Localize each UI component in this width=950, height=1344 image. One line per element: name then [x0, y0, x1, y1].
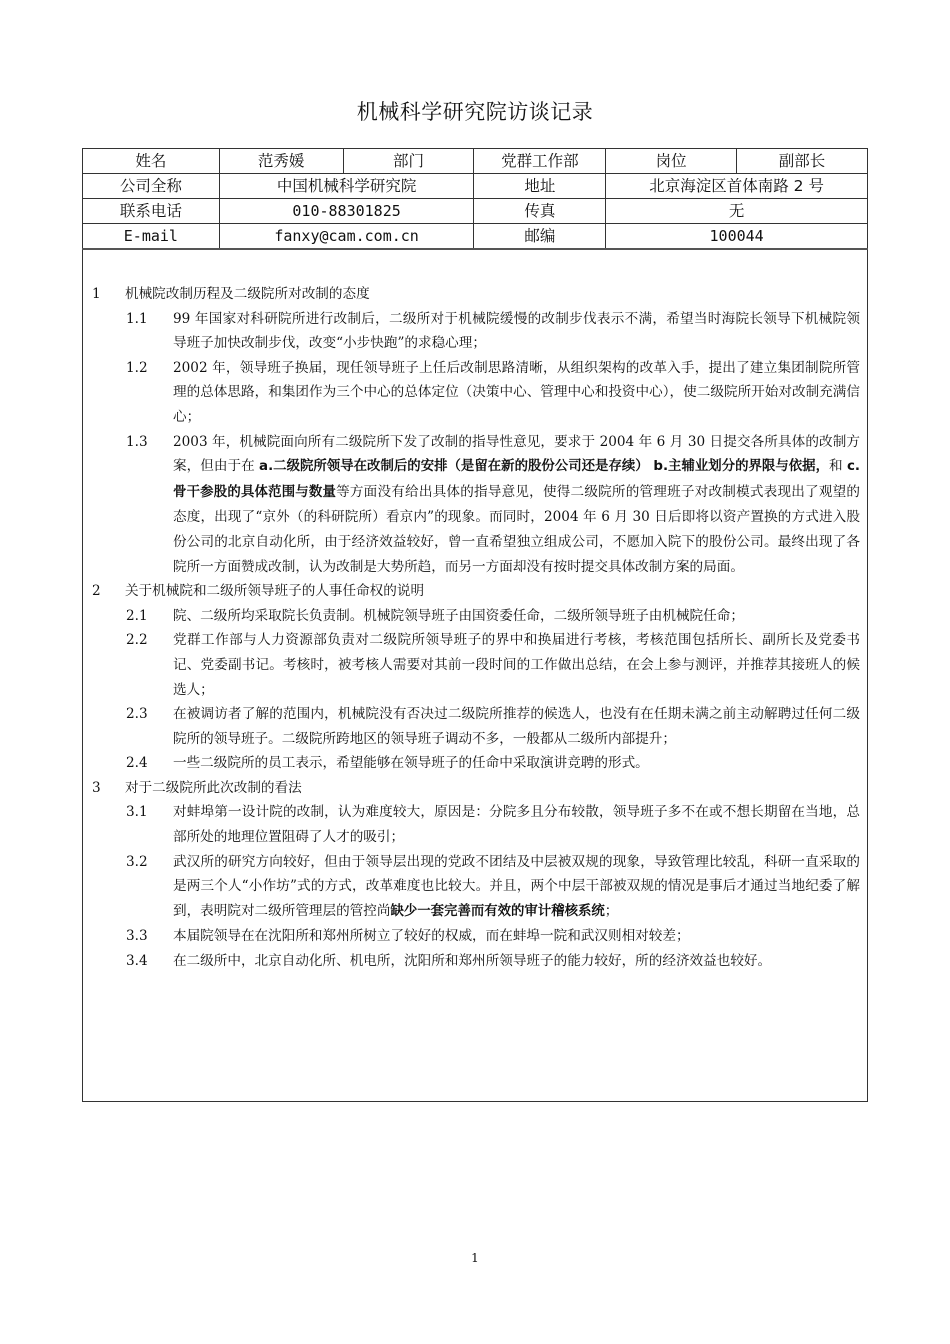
table-row: E-mail fanxy@cam.com.cn 邮编 100044	[83, 224, 868, 250]
table-row: 联系电话 010-88301825 传真 无	[83, 199, 868, 224]
list-item: 1.1 99 年国家对科研院所进行改制后，二级所对于机械院缓慢的改制步伐表示不满…	[82, 307, 868, 356]
email-value: fanxy@cam.com.cn	[219, 224, 474, 250]
fax-value: 无	[606, 199, 868, 224]
item-text: 党群工作部与人力资源部负责对二级院所领导班子的界中和换届进行考核，考核范围包括所…	[173, 628, 860, 702]
item-text: 在二级所中，北京自动化所、机电所，沈阳所和郑州所领导班子的能力较好，所的经济效益…	[173, 949, 860, 974]
emphasis-text: a.二级院所领导在改制后的安排（是留在新的股份公司还是存续） b.主辅业划分的界…	[259, 459, 829, 474]
item-text-segment: 和	[829, 458, 847, 474]
item-number: 1.1	[126, 307, 173, 356]
item-text: 院、二级所均采取院长负责制。机械院领导班子由国资委任命，二级所领导班子由机械院任…	[173, 604, 860, 629]
section-title: 机械院改制历程及二级院所对改制的态度	[125, 282, 370, 307]
page-number: 1	[0, 1251, 950, 1265]
item-number: 2.2	[126, 628, 173, 702]
phone-label: 联系电话	[83, 199, 220, 224]
address-label: 地址	[474, 174, 606, 199]
position-label: 岗位	[606, 149, 737, 174]
item-number: 3.4	[126, 949, 173, 974]
item-text: 对蚌埠第一设计院的改制，认为难度较大，原因是：分院多且分布较散，领导班子多不在或…	[173, 800, 860, 849]
interview-notes: 1 机械院改制历程及二级院所对改制的态度 1.1 99 年国家对科研院所进行改制…	[82, 282, 868, 974]
position-value: 副部长	[737, 149, 868, 174]
section-number: 3	[92, 776, 125, 801]
item-text: 99 年国家对科研院所进行改制后，二级所对于机械院缓慢的改制步伐表示不满，希望当…	[173, 307, 860, 356]
section-number: 2	[92, 579, 125, 604]
list-item: 2.4 一些二级院所的员工表示，希望能够在领导班子的任命中采取演讲竞聘的形式。	[82, 751, 868, 776]
name-label: 姓名	[83, 149, 220, 174]
section-heading: 2 关于机械院和二级所领导班子的人事任命权的说明	[82, 579, 868, 604]
item-text: 2003 年，机械院面向所有二级院所下发了改制的指导性意见，要求于 2004 年…	[173, 430, 860, 580]
list-item: 2.3 在被调访者了解的范围内，机械院没有否决过二级院所推荐的候选人，也没有在任…	[82, 702, 868, 751]
item-number: 2.1	[126, 604, 173, 629]
list-item: 3.3 本届院领导在在沈阳所和郑州所树立了较好的权威，而在蚌埠一院和武汉则相对较…	[82, 924, 868, 949]
department-label: 部门	[343, 149, 474, 174]
address-value: 北京海淀区首体南路 2 号	[606, 174, 868, 199]
section-title: 关于机械院和二级所领导班子的人事任命权的说明	[125, 579, 424, 604]
email-label: E-mail	[83, 224, 220, 250]
item-text: 武汉所的研究方向较好，但由于领导层出现的党政不团结及中层被双规的现象，导致管理比…	[173, 850, 860, 925]
zip-value: 100044	[606, 224, 868, 250]
list-item: 3.2 武汉所的研究方向较好，但由于领导层出现的党政不团结及中层被双规的现象，导…	[82, 850, 868, 925]
name-value: 范秀媛	[219, 149, 343, 174]
emphasis-text: 缺少一套完善而有效的审计稽核系统	[391, 904, 605, 919]
zip-label: 邮编	[474, 224, 606, 250]
item-number: 3.1	[126, 800, 173, 849]
phone-value: 010-88301825	[219, 199, 474, 224]
item-number: 2.4	[126, 751, 173, 776]
contact-info-table: 姓名 范秀媛 部门 党群工作部 岗位 副部长 公司全称 中国机械科学研究院 地址…	[82, 148, 868, 250]
list-item: 1.3 2003 年，机械院面向所有二级院所下发了改制的指导性意见，要求于 20…	[82, 430, 868, 580]
list-item: 3.4 在二级所中，北京自动化所、机电所，沈阳所和郑州所领导班子的能力较好，所的…	[82, 949, 868, 974]
list-item: 3.1 对蚌埠第一设计院的改制，认为难度较大，原因是：分院多且分布较散，领导班子…	[82, 800, 868, 849]
item-number: 1.2	[126, 356, 173, 430]
item-text: 2002 年，领导班子换届，现任领导班子上任后改制思路清晰，从组织架构的改革入手…	[173, 356, 860, 430]
list-item: 2.2 党群工作部与人力资源部负责对二级院所领导班子的界中和换届进行考核，考核范…	[82, 628, 868, 702]
section-heading: 1 机械院改制历程及二级院所对改制的态度	[82, 282, 868, 307]
section-number: 1	[92, 282, 125, 307]
item-number: 1.3	[126, 430, 173, 580]
list-item: 2.1 院、二级所均采取院长负责制。机械院领导班子由国资委任命，二级所领导班子由…	[82, 604, 868, 629]
item-text: 一些二级院所的员工表示，希望能够在领导班子的任命中采取演讲竞聘的形式。	[173, 751, 860, 776]
item-number: 3.3	[126, 924, 173, 949]
section-heading: 3 对于二级院所此次改制的看法	[82, 776, 868, 801]
item-number: 3.2	[126, 850, 173, 925]
table-row: 公司全称 中国机械科学研究院 地址 北京海淀区首体南路 2 号	[83, 174, 868, 199]
item-text: 本届院领导在在沈阳所和郑州所树立了较好的权威，而在蚌埠一院和武汉则相对较差；	[173, 924, 860, 949]
fax-label: 传真	[474, 199, 606, 224]
item-text: 在被调访者了解的范围内，机械院没有否决过二级院所推荐的候选人，也没有在任期未满之…	[173, 702, 860, 751]
document-title: 机械科学研究院访谈记录	[0, 96, 950, 126]
item-text-segment: ；	[605, 903, 619, 919]
section-title: 对于二级院所此次改制的看法	[125, 776, 302, 801]
list-item: 1.2 2002 年，领导班子换届，现任领导班子上任后改制思路清晰，从组织架构的…	[82, 356, 868, 430]
company-label: 公司全称	[83, 174, 220, 199]
table-row: 姓名 范秀媛 部门 党群工作部 岗位 副部长	[83, 149, 868, 174]
item-number: 2.3	[126, 702, 173, 751]
company-value: 中国机械科学研究院	[219, 174, 474, 199]
department-value: 党群工作部	[474, 149, 606, 174]
